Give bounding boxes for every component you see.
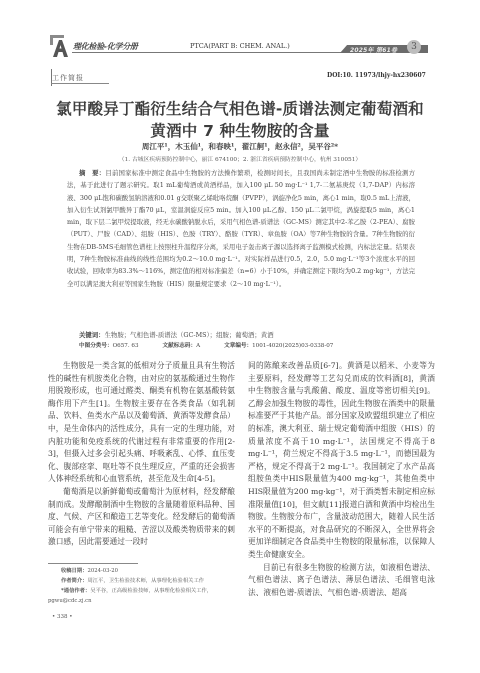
classification-line: 中图分类号：O657. 63文献标志码：A文章编号：1001-4020(2025…: [79, 341, 333, 349]
abstract: 摘 要：目前国家标准中测定食品中生物胺的方法操作繁琐，检测时间长，且我国尚未制定…: [67, 167, 415, 290]
received-date: 2024-03-20: [88, 568, 119, 574]
corresponding-label: *通信作者：: [61, 588, 90, 594]
issue-label: 2025年 第61卷: [350, 45, 397, 54]
section-label: 工作简报: [52, 73, 84, 83]
doc-code-label: 文献标志码：: [163, 343, 197, 349]
body-paragraph: 葡萄酒是以新鲜葡萄或葡萄汁为原材料，经发酵酿制而成。发酵酿制酒中生物胺的含量随着…: [48, 486, 235, 549]
journal-name-cn: 理化检验-化学分册: [73, 41, 138, 52]
page-number: • 338 •: [52, 614, 72, 620]
corresponding-author: 吴平谷，正高级检验技师，从事理化检验相关工作，: [90, 588, 212, 594]
journal-name-en: PTCA(PART B: CHEM. ANAL.): [190, 42, 290, 50]
abstract-label: 摘 要：: [79, 169, 105, 177]
body-paragraph: 生物胺是一类含氮的低相对分子质量且具有生物活性的碱性有机胺类化合物，由对应的氨基…: [48, 360, 235, 486]
body-paragraph: 目前已有很多生物胺的检测方法，如液相色谱法、气相色谱法、离子色谱法、薄层色谱法、…: [248, 562, 435, 600]
article-number-value: 1001-4020(2025)03-0338-07: [252, 343, 333, 349]
footnotes: 收稿日期：2024-03-20 作者简介：周江平，卫生检验技术师，从事理化检验相…: [48, 566, 243, 606]
article-title-line1: 氯甲酸异丁酯衍生结合气相色谱-质谱法测定葡萄酒和: [0, 97, 480, 119]
body-column-left: 生物胺是一类含氮的低相对分子质量且具有生物活性的碱性有机胺类化合物，由对应的氨基…: [48, 360, 235, 549]
section-underline: [51, 83, 109, 84]
body-column-right: 间的陈酿来改善品质[6-7]。黄酒是以稻米、小麦等为主要原料，经发酵等工艺勾兑而…: [248, 360, 435, 599]
article-number-label: 文章编号：: [224, 343, 252, 349]
article-title-line2: 黄酒中 7 种生物胺的含量: [0, 119, 480, 141]
body-paragraph: 间的陈酿来改善品质[6-7]。黄酒是以稻米、小麦等为主要原料，经发酵等工艺勾兑而…: [248, 360, 435, 562]
keywords: 关键词：生物胺；气相色谱-质谱法（GC-MS）；组胺；葡萄酒；黄酒: [79, 330, 274, 339]
keywords-label: 关键词：: [79, 331, 105, 339]
affiliations: （1. 古城区疾病预防控制中心，丽江 674100；2. 浙江省疾病预防控制中心…: [0, 154, 480, 163]
abstract-text: 目前国家标准中测定食品中生物胺的方法操作繁琐，检测时间长，且我国尚未制定酒中生物…: [67, 169, 415, 288]
issue-number-badge: 3: [407, 40, 421, 54]
footnote-rule: [48, 563, 138, 564]
doc-code-value: A: [196, 343, 200, 349]
email-link[interactable]: pgwu@cdc.zj.cn: [48, 598, 92, 604]
author-list: 周江平¹，木玉仙¹，和春映¹，翟江舸¹，赵永信²，吴平谷²*: [0, 141, 480, 152]
doi-link[interactable]: DOI:10. 11973/lhjy-hx230607: [327, 72, 426, 79]
author-bio: 周江平，卫生检验技术师，从事理化检验相关工作: [88, 578, 205, 584]
keywords-text: 生物胺；气相色谱-质谱法（GC-MS）；组胺；葡萄酒；黄酒: [105, 331, 274, 339]
journal-logo-icon: [50, 35, 70, 57]
clc-label: 中图分类号：: [79, 343, 113, 349]
author-bio-label: 作者简介：: [61, 578, 88, 584]
clc-value: O657. 63: [113, 343, 139, 349]
received-label: 收稿日期：: [61, 568, 88, 574]
